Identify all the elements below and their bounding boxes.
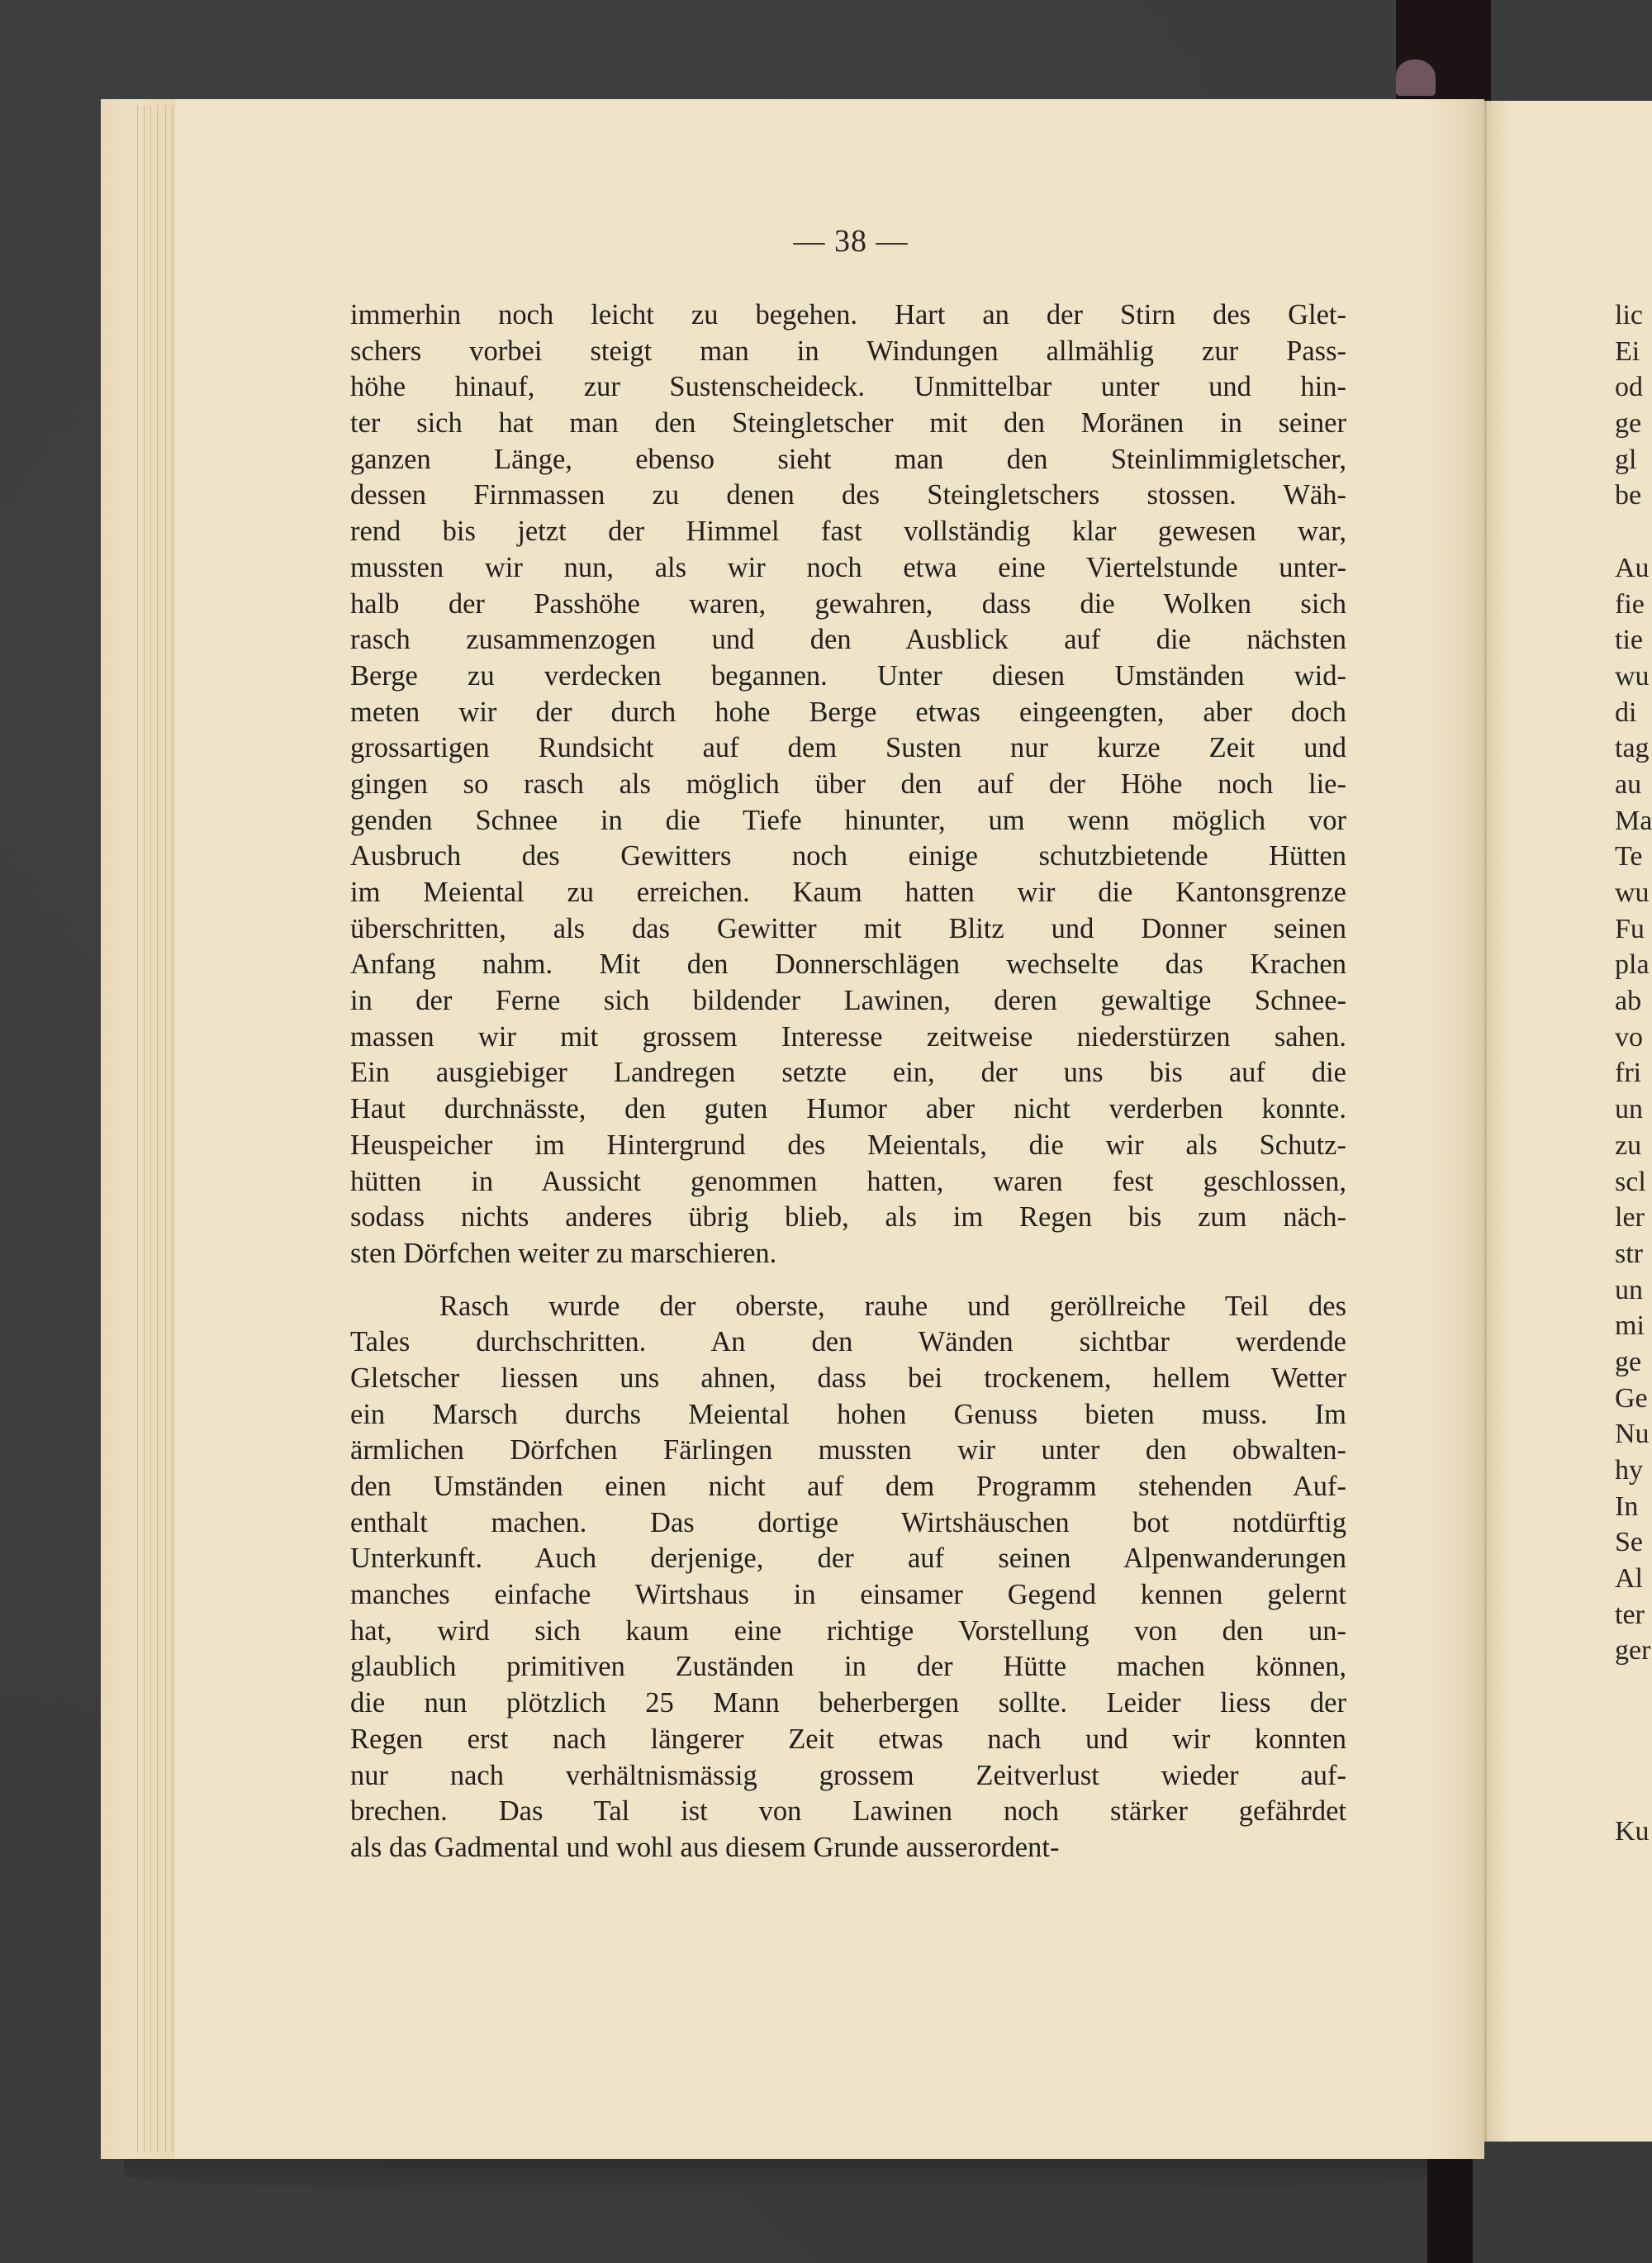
paragraph: immerhin noch leicht zu begehen. Hart an… — [350, 297, 1346, 1272]
text-line: hütten in Aussicht genommen hatten, ware… — [350, 1164, 1346, 1200]
facing-text-fragment: Te — [1615, 839, 1652, 875]
facing-text-fragment: Ge — [1615, 1381, 1652, 1417]
facing-text-fragment: ge — [1615, 1344, 1652, 1381]
text-line: grossartigen Rundsicht auf dem Susten nu… — [350, 730, 1346, 767]
facing-text-fragment: ab — [1615, 983, 1652, 1020]
facing-text-fragment: be — [1615, 478, 1652, 514]
text-line: manches einfache Wirtshaus in einsamer G… — [350, 1577, 1346, 1614]
text-line: überschritten, als das Gewitter mit Blit… — [350, 911, 1346, 948]
facing-text-fragment: fie — [1615, 587, 1652, 623]
text-line: immerhin noch leicht zu begehen. Hart an… — [350, 297, 1346, 334]
text-line: Tales durchschritten. An den Wänden sich… — [350, 1324, 1346, 1361]
text-line: Ausbruch des Gewitters noch einige schut… — [350, 839, 1346, 875]
facing-text-fragment: hy — [1615, 1452, 1652, 1489]
text-line: höhe hinauf, zur Sustenscheideck. Unmitt… — [350, 369, 1346, 406]
text-line: sodass nichts anderes übrig blieb, als i… — [350, 1200, 1346, 1236]
bookmark-ribbon-bottom — [1427, 2156, 1473, 2263]
text-line: enthalt machen. Das dortige Wirtshäusche… — [350, 1505, 1346, 1542]
facing-text-fragment: di — [1615, 695, 1652, 731]
text-line: Anfang nahm. Mit den Donnerschlägen wech… — [350, 947, 1346, 983]
facing-text-fragment: ger — [1615, 1633, 1652, 1669]
page-edge-line — [137, 106, 138, 2152]
facing-text-fragment: un — [1615, 1091, 1652, 1128]
text-line: als das Gadmental und wohl aus diesem Gr… — [350, 1830, 1346, 1866]
page-number: — 38 — — [0, 223, 1652, 259]
facing-text-fragment: Ku — [1615, 1814, 1652, 1850]
text-line: dessen Firnmassen zu denen des Steinglet… — [350, 478, 1346, 514]
text-line: nur nach verhältnismässig grossem Zeitve… — [350, 1758, 1346, 1795]
facing-text-fragment: ler — [1615, 1200, 1652, 1236]
bookmark-ribbon-knot — [1396, 59, 1436, 96]
facing-text-fragment: wu — [1615, 875, 1652, 911]
text-line: Berge zu verdecken begannen. Unter diese… — [350, 658, 1346, 695]
facing-page-text: licEiodgeglbeAufietiewuditagauMaTewuFupl… — [1615, 297, 1652, 1850]
text-line: die nun plötzlich 25 Mann beherbergen so… — [350, 1685, 1346, 1722]
text-line: schers vorbei steigt man in Windungen al… — [350, 334, 1346, 370]
page-shadow — [124, 2156, 1445, 2194]
text-line: Regen erst nach längerer Zeit etwas nach… — [350, 1722, 1346, 1758]
text-line: halb der Passhöhe waren, gewahren, dass … — [350, 587, 1346, 623]
gutter-shadow — [1427, 99, 1484, 2159]
facing-text-fragment: vo — [1615, 1020, 1652, 1056]
text-line: glaublich primitiven Zuständen in der Hü… — [350, 1649, 1346, 1685]
facing-text-fragment: zu — [1615, 1128, 1652, 1164]
facing-text-fragment: un — [1615, 1272, 1652, 1309]
facing-text-fragment: Fu — [1615, 911, 1652, 948]
page-edge-line — [150, 106, 151, 2152]
paragraph: Rasch wurde der oberste, rauhe und geröl… — [350, 1289, 1346, 1866]
facing-text-fragment: od — [1615, 369, 1652, 406]
facing-text-fragment: au — [1615, 767, 1652, 803]
text-line: rasch zusammenzogen und den Ausblick auf… — [350, 622, 1346, 658]
facing-text-fragment: tie — [1615, 622, 1652, 658]
text-line: Gletscher liessen uns ahnen, dass bei tr… — [350, 1361, 1346, 1397]
facing-text-fragment: ge — [1615, 406, 1652, 442]
text-line: sten Dörfchen weiter zu marschieren. — [350, 1236, 1346, 1272]
facing-text-fragment: In — [1615, 1489, 1652, 1525]
facing-text-fragment: scl — [1615, 1164, 1652, 1200]
text-line: ein Marsch durchs Meiental hohen Genuss … — [350, 1397, 1346, 1433]
spine-fold — [1484, 101, 1487, 2142]
text-line: rend bis jetzt der Himmel fast vollständ… — [350, 514, 1346, 550]
text-line: ganzen Länge, ebenso sieht man den Stein… — [350, 442, 1346, 478]
gutter-shadow — [1484, 101, 1509, 2142]
text-line: Rasch wurde der oberste, rauhe und geröl… — [350, 1289, 1346, 1325]
facing-text-gap — [1615, 1705, 1652, 1742]
text-line: ärmlichen Dörfchen Färlingen mussten wir… — [350, 1433, 1346, 1469]
facing-text-fragment: Al — [1615, 1561, 1652, 1597]
text-line: brechen. Das Tal ist von Lawinen noch st… — [350, 1794, 1346, 1830]
text-line: genden Schnee in die Tiefe hinunter, um … — [350, 803, 1346, 839]
page-edge-line — [165, 106, 166, 2152]
text-line: Heuspeicher im Hintergrund des Meientals… — [350, 1128, 1346, 1164]
facing-text-fragment: lic — [1615, 297, 1652, 334]
text-line: gingen so rasch als möglich über den auf… — [350, 767, 1346, 803]
text-line: im Meiental zu erreichen. Kaum hatten wi… — [350, 875, 1346, 911]
text-line: massen wir mit grossem Interesse zeitwei… — [350, 1020, 1346, 1056]
text-line: in der Ferne sich bildender Lawinen, der… — [350, 983, 1346, 1020]
facing-text-fragment: Ei — [1615, 334, 1652, 370]
facing-text-fragment: tag — [1615, 730, 1652, 767]
text-line: Haut durchnässte, den guten Humor aber n… — [350, 1091, 1346, 1128]
body-text: immerhin noch leicht zu begehen. Hart an… — [350, 297, 1346, 1866]
facing-text-fragment: mi — [1615, 1308, 1652, 1344]
facing-text-gap — [1615, 1777, 1652, 1814]
text-line: Ein ausgiebiger Landregen setzte ein, de… — [350, 1055, 1346, 1091]
text-line: mussten wir nun, als wir noch etwa eine … — [350, 550, 1346, 587]
text-line: den Umständen einen nicht auf dem Progra… — [350, 1469, 1346, 1505]
facing-text-fragment: wu — [1615, 658, 1652, 695]
facing-text-gap — [1615, 514, 1652, 550]
text-line: hat, wird sich kaum eine richtige Vorste… — [350, 1614, 1346, 1650]
page-edge-line — [157, 106, 158, 2152]
facing-text-fragment: Nu — [1615, 1416, 1652, 1452]
paragraph-gap — [350, 1272, 1346, 1289]
facing-text-fragment: fri — [1615, 1055, 1652, 1091]
facing-text-fragment: ter — [1615, 1597, 1652, 1633]
facing-text-fragment: Ma — [1615, 803, 1652, 839]
page-edge-line — [144, 106, 145, 2152]
facing-text-fragment: str — [1615, 1236, 1652, 1272]
facing-text-fragment: pla — [1615, 947, 1652, 983]
facing-text-gap — [1615, 1669, 1652, 1705]
text-line: Unterkunft. Auch derjenige, der auf sein… — [350, 1541, 1346, 1577]
page-stack-edge — [101, 99, 175, 2159]
facing-text-fragment: gl — [1615, 442, 1652, 478]
facing-text-fragment: Au — [1615, 550, 1652, 587]
page-edge-line — [172, 106, 173, 2152]
facing-text-gap — [1615, 1742, 1652, 1778]
text-line: ter sich hat man den Steingletscher mit … — [350, 406, 1346, 442]
facing-text-fragment: Se — [1615, 1524, 1652, 1561]
text-line: meten wir der durch hohe Berge etwas ein… — [350, 695, 1346, 731]
